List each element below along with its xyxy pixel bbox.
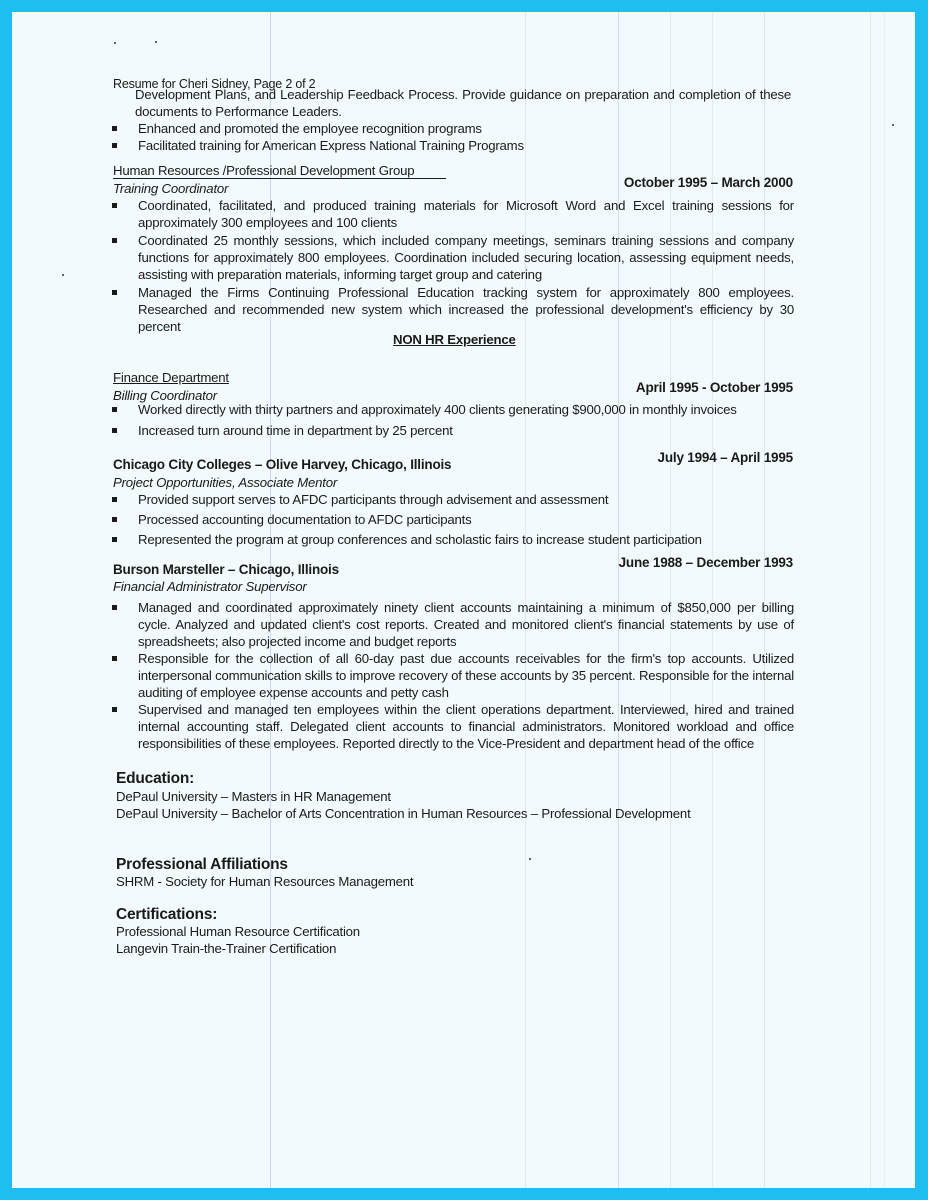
org-name-finance: Finance Department bbox=[113, 369, 229, 386]
chicago-bullet-list: Provided support serves to AFDC particip… bbox=[110, 491, 794, 548]
job-dates: October 1995 – March 2000 bbox=[624, 174, 793, 191]
bullet-icon bbox=[112, 203, 117, 208]
job-dates: June 1988 – December 1993 bbox=[619, 554, 793, 571]
bullet-item: Responsible for the collection of all 60… bbox=[110, 650, 794, 701]
bullet-icon bbox=[112, 707, 117, 712]
resume-document: Resume for Cheri Sidney, Page 2 of 2 Dev… bbox=[12, 12, 915, 1188]
section-heading-non-hr: NON HR Experience bbox=[393, 331, 516, 348]
bullet-icon bbox=[112, 126, 117, 131]
org-name-burson-marsteller: Burson Marsteller – Chicago, Illinois bbox=[113, 561, 339, 578]
bullet-item: Increased turn around time in department… bbox=[110, 422, 794, 439]
scanned-resume-page: Resume for Cheri Sidney, Page 2 of 2 Dev… bbox=[12, 12, 915, 1188]
bullet-item: Managed the Firms Continuing Professiona… bbox=[110, 284, 794, 335]
finance-bullet-list: Worked directly with thirty partners and… bbox=[110, 401, 794, 439]
education-item: DePaul University – Bachelor of Arts Con… bbox=[116, 805, 691, 822]
section-heading-affiliations: Professional Affiliations bbox=[116, 856, 288, 873]
bullet-icon bbox=[112, 605, 117, 610]
bullet-icon bbox=[112, 428, 117, 433]
certification-item: Professional Human Resource Certificatio… bbox=[116, 923, 360, 940]
job-role: Training Coordinator bbox=[113, 180, 228, 197]
bullet-icon bbox=[112, 656, 117, 661]
affiliation-item: SHRM - Society for Human Resources Manag… bbox=[116, 873, 413, 890]
continuation-text-line: Development Plans, and Leadership Feedba… bbox=[135, 86, 791, 103]
bullet-icon bbox=[112, 517, 117, 522]
burson-bullet-list: Managed and coordinated approximately ni… bbox=[110, 599, 794, 752]
bullet-item: Coordinated 25 monthly sessions, which i… bbox=[110, 232, 794, 283]
section-heading-certifications: Certifications: bbox=[116, 906, 217, 923]
section-heading-education: Education: bbox=[116, 770, 194, 787]
job-dates: April 1995 - October 1995 bbox=[636, 379, 793, 396]
bullet-item: Processed accounting documentation to AF… bbox=[110, 511, 794, 528]
bullet-icon bbox=[112, 407, 117, 412]
bullet-icon bbox=[112, 238, 117, 243]
certification-item: Langevin Train-the-Trainer Certification bbox=[116, 940, 336, 957]
bullet-item: Managed and coordinated approximately ni… bbox=[110, 599, 794, 650]
bullet-icon bbox=[112, 143, 117, 148]
org-name-chicago-city-colleges: Chicago City Colleges – Olive Harvey, Ch… bbox=[113, 456, 451, 473]
bullet-icon bbox=[112, 497, 117, 502]
continuation-bullet-list: Enhanced and promoted the employee recog… bbox=[110, 120, 794, 154]
org-name-hr-group: Human Resources /Professional Developmen… bbox=[113, 163, 446, 179]
job-dates: July 1994 – April 1995 bbox=[658, 449, 793, 466]
education-item: DePaul University – Masters in HR Manage… bbox=[116, 788, 391, 805]
bullet-item: Facilitated training for American Expres… bbox=[110, 137, 794, 154]
hr-group-bullet-list: Coordinated, facilitated, and produced t… bbox=[110, 197, 794, 335]
bullet-icon bbox=[112, 537, 117, 542]
bullet-item: Provided support serves to AFDC particip… bbox=[110, 491, 794, 508]
bullet-item: Enhanced and promoted the employee recog… bbox=[110, 120, 794, 137]
bullet-item: Coordinated, facilitated, and produced t… bbox=[110, 197, 794, 231]
job-role: Financial Administrator Supervisor bbox=[113, 578, 307, 595]
continuation-text-line: documents to Performance Leaders. bbox=[135, 103, 342, 120]
job-role: Project Opportunities, Associate Mentor bbox=[113, 474, 337, 491]
bullet-item: Worked directly with thirty partners and… bbox=[110, 401, 794, 418]
bullet-icon bbox=[112, 290, 117, 295]
bullet-item: Supervised and managed ten employees wit… bbox=[110, 701, 794, 752]
bullet-item: Represented the program at group confere… bbox=[110, 531, 794, 548]
